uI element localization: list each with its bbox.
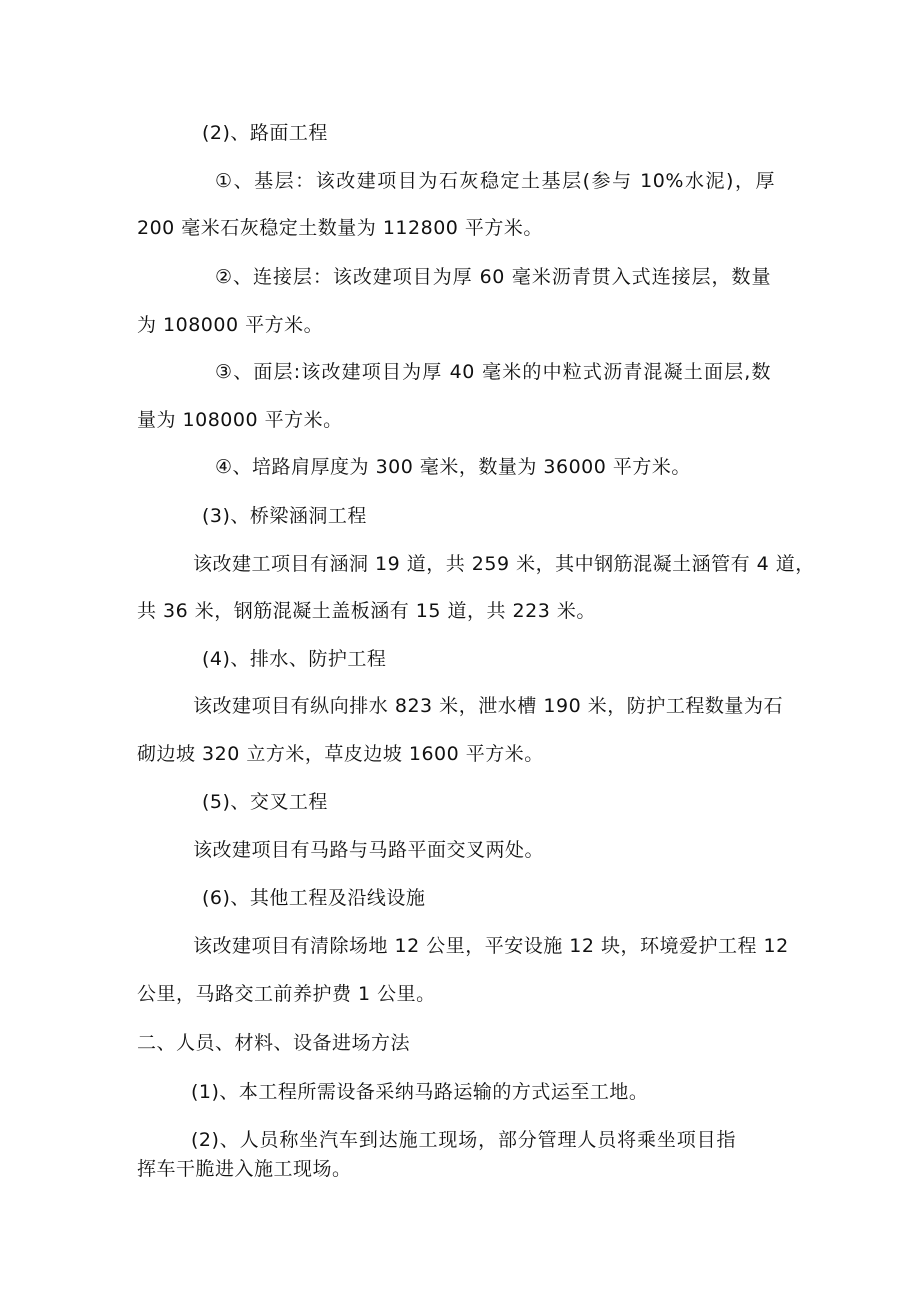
paragraph-drainage-line1: 该改建项目有纵向排水 823 米，泄水槽 190 米，防护工程数量为石	[193, 694, 783, 718]
section-heading-drainage: (4)、排水、防护工程	[202, 647, 386, 671]
paragraph-binder-layer-line2: 为 108000 平方米。	[137, 313, 323, 337]
section-heading-other: (6)、其他工程及沿线设施	[202, 886, 425, 910]
paragraph-shoulder: ④、培路肩厚度为 300 毫米，数量为 36000 平方米。	[215, 455, 691, 479]
paragraph-base-layer-line1: ①、基层：该改建项目为石灰稳定土基层(参与 10%水泥)，厚	[215, 169, 775, 193]
paragraph-surface-layer-line2: 量为 108000 平方米。	[137, 408, 343, 432]
chapter-heading-mobilization: 二、人员、材料、设备进场方法	[137, 1031, 410, 1055]
paragraph-other-line1: 该改建项目有清除场地 12 公里，平安设施 12 块，环境爱护工程 12	[193, 934, 783, 958]
document-page: (2)、路面工程 ①、基层：该改建项目为石灰稳定土基层(参与 10%水泥)，厚 …	[0, 0, 920, 1301]
section-heading-culverts: (3)、桥梁涵洞工程	[202, 504, 367, 528]
paragraph-culverts-line2: 共 36 米，钢筋混凝土盖板涵有 15 道，共 223 米。	[137, 599, 596, 623]
paragraph-drainage-line2: 砌边坡 320 立方米，草皮边坡 1600 平方米。	[137, 742, 544, 766]
section-heading-intersections: (5)、交叉工程	[202, 790, 328, 814]
paragraph-base-layer-line2: 200 毫米石灰稳定土数量为 112800 平方米。	[137, 216, 543, 240]
paragraph-surface-layer-line1: ③、面层:该改建项目为厚 40 毫米的中粒式沥青混凝土面层,数	[215, 360, 771, 384]
paragraph-equipment-transport: (1)、本工程所需设备采纳马路运输的方式运至工地。	[191, 1080, 648, 1104]
paragraph-binder-layer-line1: ②、连接层：该改建项目为厚 60 毫米沥青贯入式连接层，数量	[215, 265, 771, 289]
paragraph-personnel-line1: (2)、人员称坐汽车到达施工现场，部分管理人员将乘坐项目指	[191, 1128, 736, 1152]
paragraph-culverts-line1: 该改建工项目有涵洞 19 道，共 259 米，其中钢筋混凝土涵管有 4 道，	[193, 552, 783, 576]
paragraph-other-line2: 公里，马路交工前养护费 1 公里。	[137, 982, 436, 1006]
section-heading-pavement: (2)、路面工程	[202, 121, 328, 145]
paragraph-intersections: 该改建项目有马路与马路平面交叉两处。	[193, 838, 544, 862]
paragraph-personnel-line2: 挥车干脆进入施工现场。	[137, 1157, 352, 1181]
